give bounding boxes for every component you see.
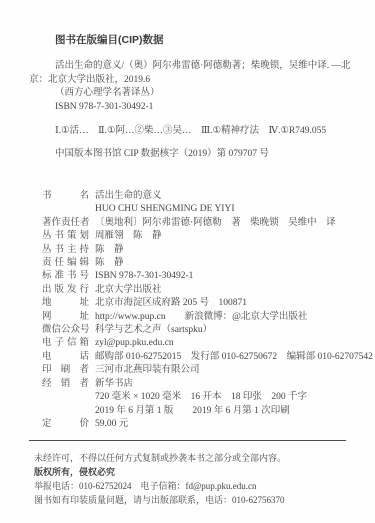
colophon-row: 2019 年 6 月第 1 版 2019 年 6 月第 1 次印刷: [42, 405, 375, 418]
colophon-row-label: 网址: [42, 311, 89, 324]
colophon-row-label: 定价: [42, 418, 89, 431]
colophon-row: 地址 北京市海淀区成府路 205 号 100871: [42, 297, 375, 310]
colophon-row-label: 丛书策划: [42, 230, 89, 243]
book-copyright-page: 图书在版编目(CIP)数据 活出生命的意义/（奥）阿尔弗雷德·阿德勒著；柴晚锁，…: [0, 0, 375, 523]
colophon-row: 标准书号 ISBN 978-7-301-30492-1: [42, 270, 375, 283]
colophon-row-label: [42, 391, 89, 404]
cip-header: 图书在版编目(CIP)数据: [55, 32, 375, 47]
colophon-row-value: 三河市北燕印装有限公司: [95, 364, 200, 377]
colophon-row: 720 毫米 × 1020 毫米 16 开本 18 印张 200 千字: [42, 391, 375, 404]
colophon-row-value: 科学与艺术之声（sartspku）: [95, 324, 212, 337]
colophon-row-label: 印刷者: [42, 364, 89, 377]
colophon-row-label: 经销者: [42, 378, 89, 391]
colophon-row-label: 书名: [42, 190, 89, 203]
colophon-row-value: 周雁翎 陈 静: [95, 230, 162, 243]
cip-description-line-1: 活出生命的意义/（奥）阿尔弗雷德·阿德勒著；柴晚锁，吴维中译. —北: [55, 60, 375, 74]
colophon-row-value: 陈 静: [95, 257, 124, 270]
colophon-row-value: 陈 静: [95, 244, 124, 257]
colophon-row: 微信公众号 科学与艺术之声（sartspku）: [42, 324, 375, 337]
colophon-row-value: 北京大学出版社: [95, 284, 162, 297]
colophon-row-label: 电子信箱: [42, 337, 89, 350]
colophon-row-value: http://www.pup.cn 新浪微博：@北京大学出版社: [95, 311, 307, 324]
colophon-row-label: 著作责任者: [42, 217, 89, 230]
colophon-row: 责任编辑 陈 静: [42, 257, 375, 270]
colophon-row: 网址 http://www.pup.cn 新浪微博：@北京大学出版社: [42, 311, 375, 324]
cip-series-note: （西方心理学名著译丛）: [55, 87, 375, 101]
colophon-row-value: 720 毫米 × 1020 毫米 16 开本 18 印张 200 千字: [95, 391, 307, 404]
colophon-row-label: 标准书号: [42, 270, 89, 283]
cip-isbn: ISBN 978-7-301-30492-1: [55, 101, 375, 115]
colophon-row-value: zyl@pup.pku.edu.cn: [95, 337, 174, 350]
colophon-row: 电话 邮购部 010-62752015 发行部 010-62750672 编辑部…: [42, 351, 375, 364]
colophon-row-value: 北京市海淀区成府路 205 号 100871: [95, 297, 247, 310]
colophon-row: 经销者 新华书店: [42, 378, 375, 391]
colophon-row-label: 丛书主持: [42, 244, 89, 257]
colophon-row: 书名 活出生命的意义: [42, 190, 375, 203]
colophon-row: 出版发行 北京大学出版社: [42, 284, 375, 297]
colophon-row-value: HUO CHU SHENGMING DE YIYI: [95, 203, 235, 216]
cip-section: 图书在版编目(CIP)数据 活出生命的意义/（奥）阿尔弗雷德·阿德勒著；柴晚锁，…: [0, 0, 375, 161]
colophon-row-label: [42, 203, 89, 216]
notice-no-copy-line: 未经许可，不得以任何方式复制或抄袭本书之部分或全部内容。: [34, 452, 375, 466]
colophon-row: HUO CHU SHENGMING DE YIYI: [42, 203, 375, 216]
colophon-row-value: 邮购部 010-62752015 发行部 010-62750672 编辑部 01…: [95, 351, 373, 364]
colophon-row-value: 〔奥地利〕阿尔弗雷德·阿德勒 著 柴晚锁 吴维中 译: [95, 217, 336, 230]
colophon-row-value: 2019 年 6 月第 1 版 2019 年 6 月第 1 次印刷: [95, 405, 290, 418]
cip-classification: Ⅰ.①活… Ⅱ.①阿…②柴…③吴… Ⅲ.①精神疗法 Ⅳ.①R749.055: [55, 125, 375, 139]
colophon-row: 定价 59.00 元: [42, 418, 375, 431]
colophon-row: 丛书主持 陈 静: [42, 244, 375, 257]
notice-report-contacts: 举报电话：010-62752024 电子信箱：fd@pup.pku.edu.cn: [34, 480, 375, 494]
copyright-notice: 未经许可，不得以任何方式复制或抄袭本书之部分或全部内容。 版权所有，侵权必究 举…: [34, 452, 375, 507]
colophon-row: 著作责任者 〔奥地利〕阿尔弗雷德·阿德勒 著 柴晚锁 吴维中 译: [42, 217, 375, 230]
cip-registry-number: 中国版本图书馆 CIP 数据核字（2019）第 079707 号: [55, 148, 375, 162]
colophon-row-value: 新华书店: [95, 378, 133, 391]
colophon-row: 丛书策划 周雁翎 陈 静: [42, 230, 375, 243]
colophon-row-label: 出版发行: [42, 284, 89, 297]
colophon-row-label: 电话: [42, 351, 89, 364]
colophon-row-label: 地址: [42, 297, 89, 310]
colophon-row-label: [42, 405, 89, 418]
colophon-row: 电子信箱 zyl@pup.pku.edu.cn: [42, 337, 375, 350]
divider-rule: [29, 440, 346, 441]
colophon-row: 印刷者 三河市北燕印装有限公司: [42, 364, 375, 377]
notice-print-quality-contact: 图书如有印装质量问题，请与出版部联系，电话：010-62756370: [34, 494, 375, 508]
colophon-table: 书名 活出生命的意义 HUO CHU SHENGMING DE YIYI 著作责…: [42, 190, 375, 431]
colophon-row-value: 59.00 元: [95, 418, 128, 431]
colophon-row-value: ISBN 978-7-301-30492-1: [95, 270, 193, 283]
colophon-row-value: 活出生命的意义: [95, 190, 162, 203]
cip-description-line-2: 京：北京大学出版社，2019.6: [29, 74, 375, 88]
notice-all-rights-reserved: 版权所有，侵权必究: [34, 466, 375, 480]
colophon-row-label: 微信公众号: [42, 324, 89, 337]
colophon-row-label: 责任编辑: [42, 257, 89, 270]
